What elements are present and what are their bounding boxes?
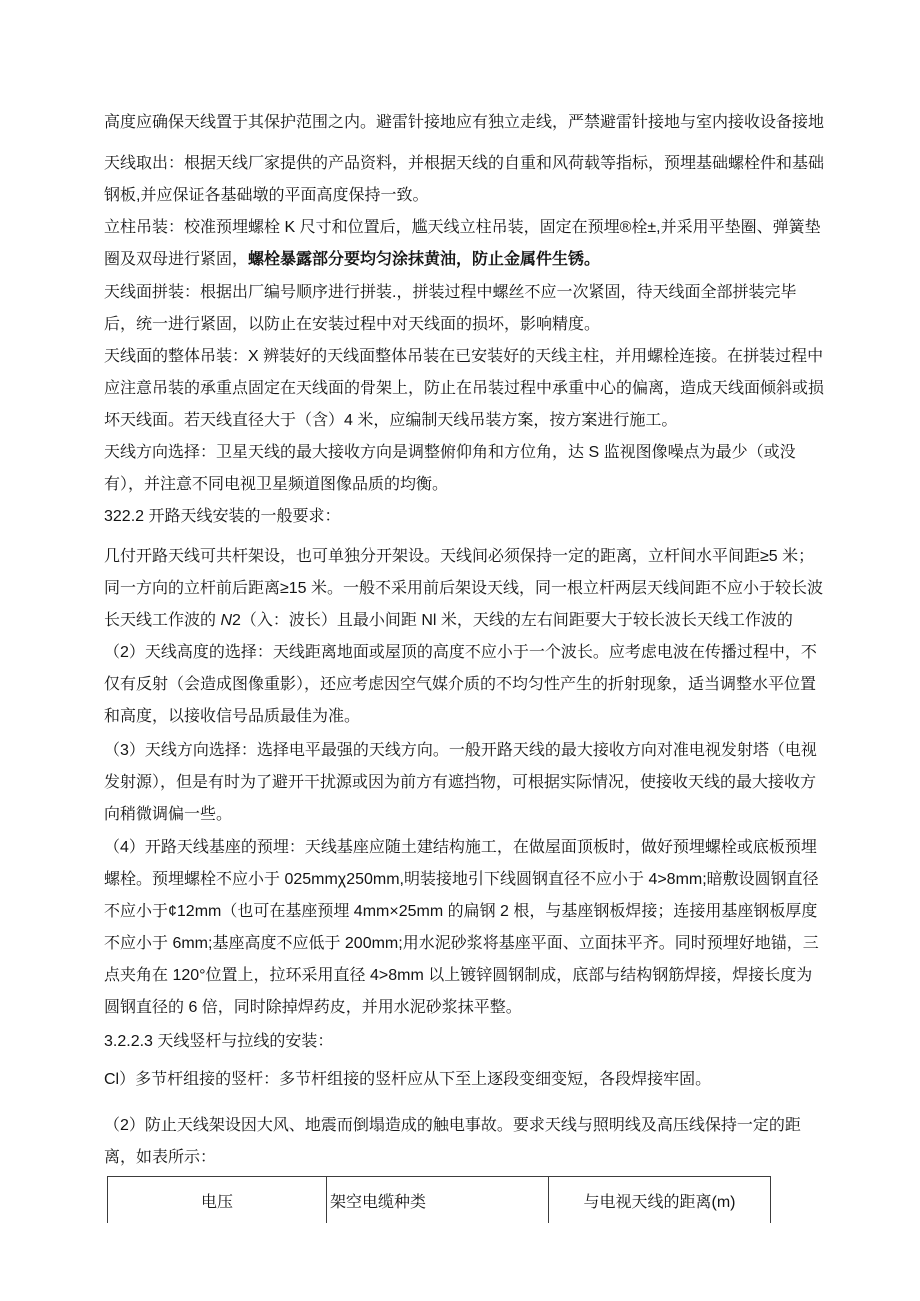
section-heading-322-2: 322.2 开路天线安装的一般要求： xyxy=(104,501,828,533)
text-run: （2）防止天线架设因大风、地震而倒塌造成的触电事故。要求天线与照明线及高压线保持… xyxy=(104,1117,801,1166)
paragraph-collapse-prevention: （2）防止天线架设因大风、地震而倒塌造成的触电事故。要求天线与照明线及高压线保持… xyxy=(104,1110,828,1174)
paragraph-direction-selection-satellite: 天线方向选择：卫星天线的最大接收方向是调整俯仰角和方位角，达 S 监视图像噪点为… xyxy=(104,437,828,501)
text-run: 高度应确保天线置于其保护范围之内。避雷针接地应有独立走线，严禁避雷针接地与室内接… xyxy=(104,114,824,131)
distance-table: 电压 架空电缆种类 与电视天线的距离(m) xyxy=(107,1176,771,1223)
text-run: （4）开路天线基座的预埋：天线基座应随土建结构施工，在做屋面顶板时，做好预埋螺栓… xyxy=(104,839,819,1016)
text-run: Cl）多节杆组接的竖杆：多节杆组接的竖杆应从下至上逐段变细变短，各段焊接牢固。 xyxy=(104,1071,711,1088)
paragraph-multi-section-mast: Cl）多节杆组接的竖杆：多节杆组接的竖杆应从下至上逐段变细变短，各段焊接牢固。 xyxy=(104,1064,828,1096)
paragraph-panel-hoisting: 天线面的整体吊装：X 辨装好的天线面整体吊装在已安装好的天线主柱，并用螺栓连接。… xyxy=(104,341,828,437)
paragraph-panel-assembly: 天线面拼装：根据出厂编号顺序进行拼装.，拼装过程中螺丝不应一次紧固，待天线面全部… xyxy=(104,277,828,341)
document-body: 高度应确保天线置于其保护范围之内。避雷针接地应有独立走线，严禁避雷针接地与室内接… xyxy=(104,107,828,1223)
text-run: 天线取出：根据天线厂家提供的产品资料，并根据天线的自重和风荷载等指标，预埋基础螺… xyxy=(104,155,824,204)
text-run: 3.2.2.3 天线竖杆与拉线的安装： xyxy=(104,1033,333,1050)
text-run: （2）天线高度的选择：天线距离地面或屋顶的高度不应小于一个波长。应考虑电波在传播… xyxy=(104,644,817,725)
paragraph-base-embedding: （4）开路天线基座的预埋：天线基座应随土建结构施工，在做屋面顶板时，做好预埋螺栓… xyxy=(104,832,828,1024)
paragraph-lightning-protection: 高度应确保天线置于其保护范围之内。避雷针接地应有独立走线，严禁避雷针接地与室内接… xyxy=(104,107,828,139)
paragraph-antenna-baseplate: 天线取出：根据天线厂家提供的产品资料，并根据天线的自重和风荷载等指标，预埋基础螺… xyxy=(104,148,828,212)
text-run: （3）天线方向选择：选择电平最强的天线方向。一般开路天线的最大接收方向对准电视发… xyxy=(104,742,817,823)
table-header-distance: 与电视天线的距离(m) xyxy=(548,1177,771,1223)
paragraph-antenna-direction: （3）天线方向选择：选择电平最强的天线方向。一般开路天线的最大接收方向对准电视发… xyxy=(104,735,828,831)
document-page: 高度应确保天线置于其保护范围之内。避雷针接地应有独立走线，严禁避雷针接地与室内接… xyxy=(0,0,920,1301)
section-heading-3-2-2-3: 3.2.2.3 天线竖杆与拉线的安装： xyxy=(104,1026,828,1058)
paragraph-antenna-height: （2）天线高度的选择：天线距离地面或屋顶的高度不应小于一个波长。应考虑电波在传播… xyxy=(104,637,828,733)
bold-text-run: 螺栓暴露部分要均匀涂抹黄油，防止金属件生锈。 xyxy=(248,251,600,268)
text-run: 天线面的整体吊装：X 辨装好的天线面整体吊装在已安装好的天线主柱，并用螺栓连接。… xyxy=(104,348,824,429)
text-run: N xyxy=(220,612,232,629)
table-header-cable-type: 架空电缆种类 xyxy=(326,1177,548,1223)
paragraph-list: 高度应确保天线置于其保护范围之内。避雷针接地应有独立走线，严禁避雷针接地与室内接… xyxy=(104,107,828,1174)
text-run: 天线面拼装：根据出厂编号顺序进行拼装.，拼装过程中螺丝不应一次紧固，待天线面全部… xyxy=(104,284,796,333)
paragraph-column-hoisting: 立柱吊装：校准预埋螺栓 K 尺寸和位置后，尴天线立柱吊装，固定在预埋®栓±,并采… xyxy=(104,212,828,276)
text-run: 2（入：波长）且最小间距 Nl 米，天线的左右间距要大于较长波长天线工作波的 xyxy=(232,612,793,629)
text-run: 322.2 开路天线安装的一般要求： xyxy=(104,508,341,525)
paragraph-pole-spacing: 几付开路天线可共杆架设，也可单独分开架设。天线间必须保持一定的距离，立杆间水平间… xyxy=(104,541,828,637)
table-header-voltage: 电压 xyxy=(107,1177,326,1223)
text-run: 天线方向选择：卫星天线的最大接收方向是调整俯仰角和方位角，达 S 监视图像噪点为… xyxy=(104,444,796,493)
